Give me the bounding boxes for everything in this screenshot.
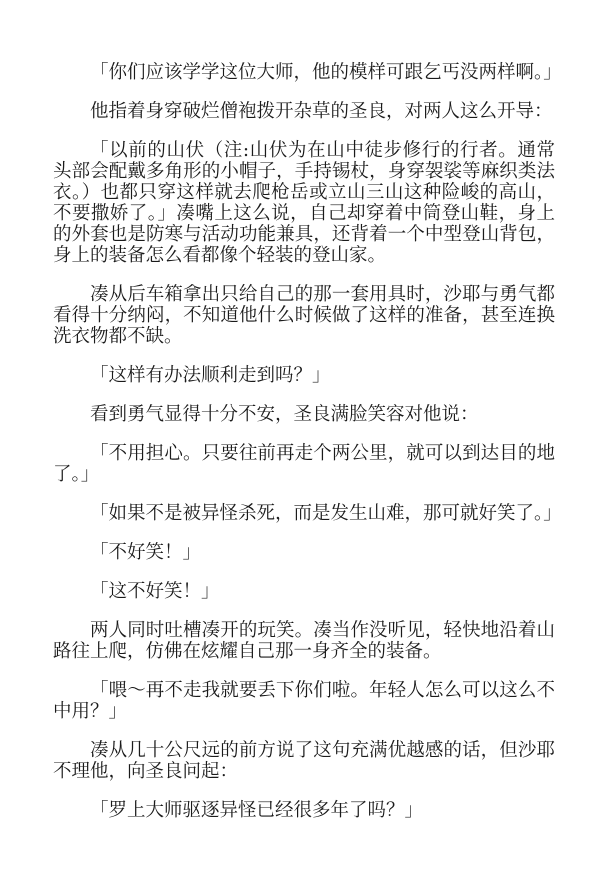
paragraph-dialogue: 「罗上大师驱逐异怪已经很多年了吗？」: [53, 800, 555, 821]
paragraph-dialogue: 「以前的山伏（注:山伏为在山中徒步修行的行者。通常头部会配戴多角形的小帽子，手持…: [53, 140, 555, 266]
paragraph-narration: 凑从几十公尺远的前方说了这句充满优越感的话，但沙耶不理他，向圣良问起：: [53, 740, 555, 782]
paragraph-dialogue: 「这不好笑！」: [53, 581, 555, 602]
paragraph-narration: 凑从后车箱拿出只给自己的那一套用具时，沙耶与勇气都看得十分纳闷，不知道他什么时候…: [53, 284, 555, 347]
paragraph-dialogue: 「不用担心。只要往前再走个两公里，就可以到达目的地了。」: [53, 443, 555, 485]
paragraph-narration: 两人同时吐槽凑开的玩笑。凑当作没听见，轻快地沿着山路往上爬，仿佛在炫耀自己那一身…: [53, 620, 555, 662]
paragraph-narration: 看到勇气显得十分不安，圣良满脸笑容对他说：: [53, 404, 555, 425]
paragraph-dialogue: 「喂～再不走我就要丢下你们啦。年轻人怎么可以这么不中用？」: [53, 680, 555, 722]
paragraph-dialogue: 「如果不是被异怪杀死，而是发生山难，那可就好笑了。」: [53, 503, 555, 524]
paragraph-dialogue: 「你们应该学学这位大师，他的模样可跟乞丐没两样啊。」: [53, 62, 555, 83]
paragraph-dialogue: 「不好笑！」: [53, 542, 555, 563]
paragraph-dialogue: 「这样有办法顺利走到吗？」: [53, 365, 555, 386]
paragraph-narration: 他指着身穿破烂僧袍拨开杂草的圣良，对两人这么开导：: [53, 101, 555, 122]
document-page: 「你们应该学学这位大师，他的模样可跟乞丐没两样啊。」 他指着身穿破烂僧袍拨开杂草…: [53, 62, 555, 839]
